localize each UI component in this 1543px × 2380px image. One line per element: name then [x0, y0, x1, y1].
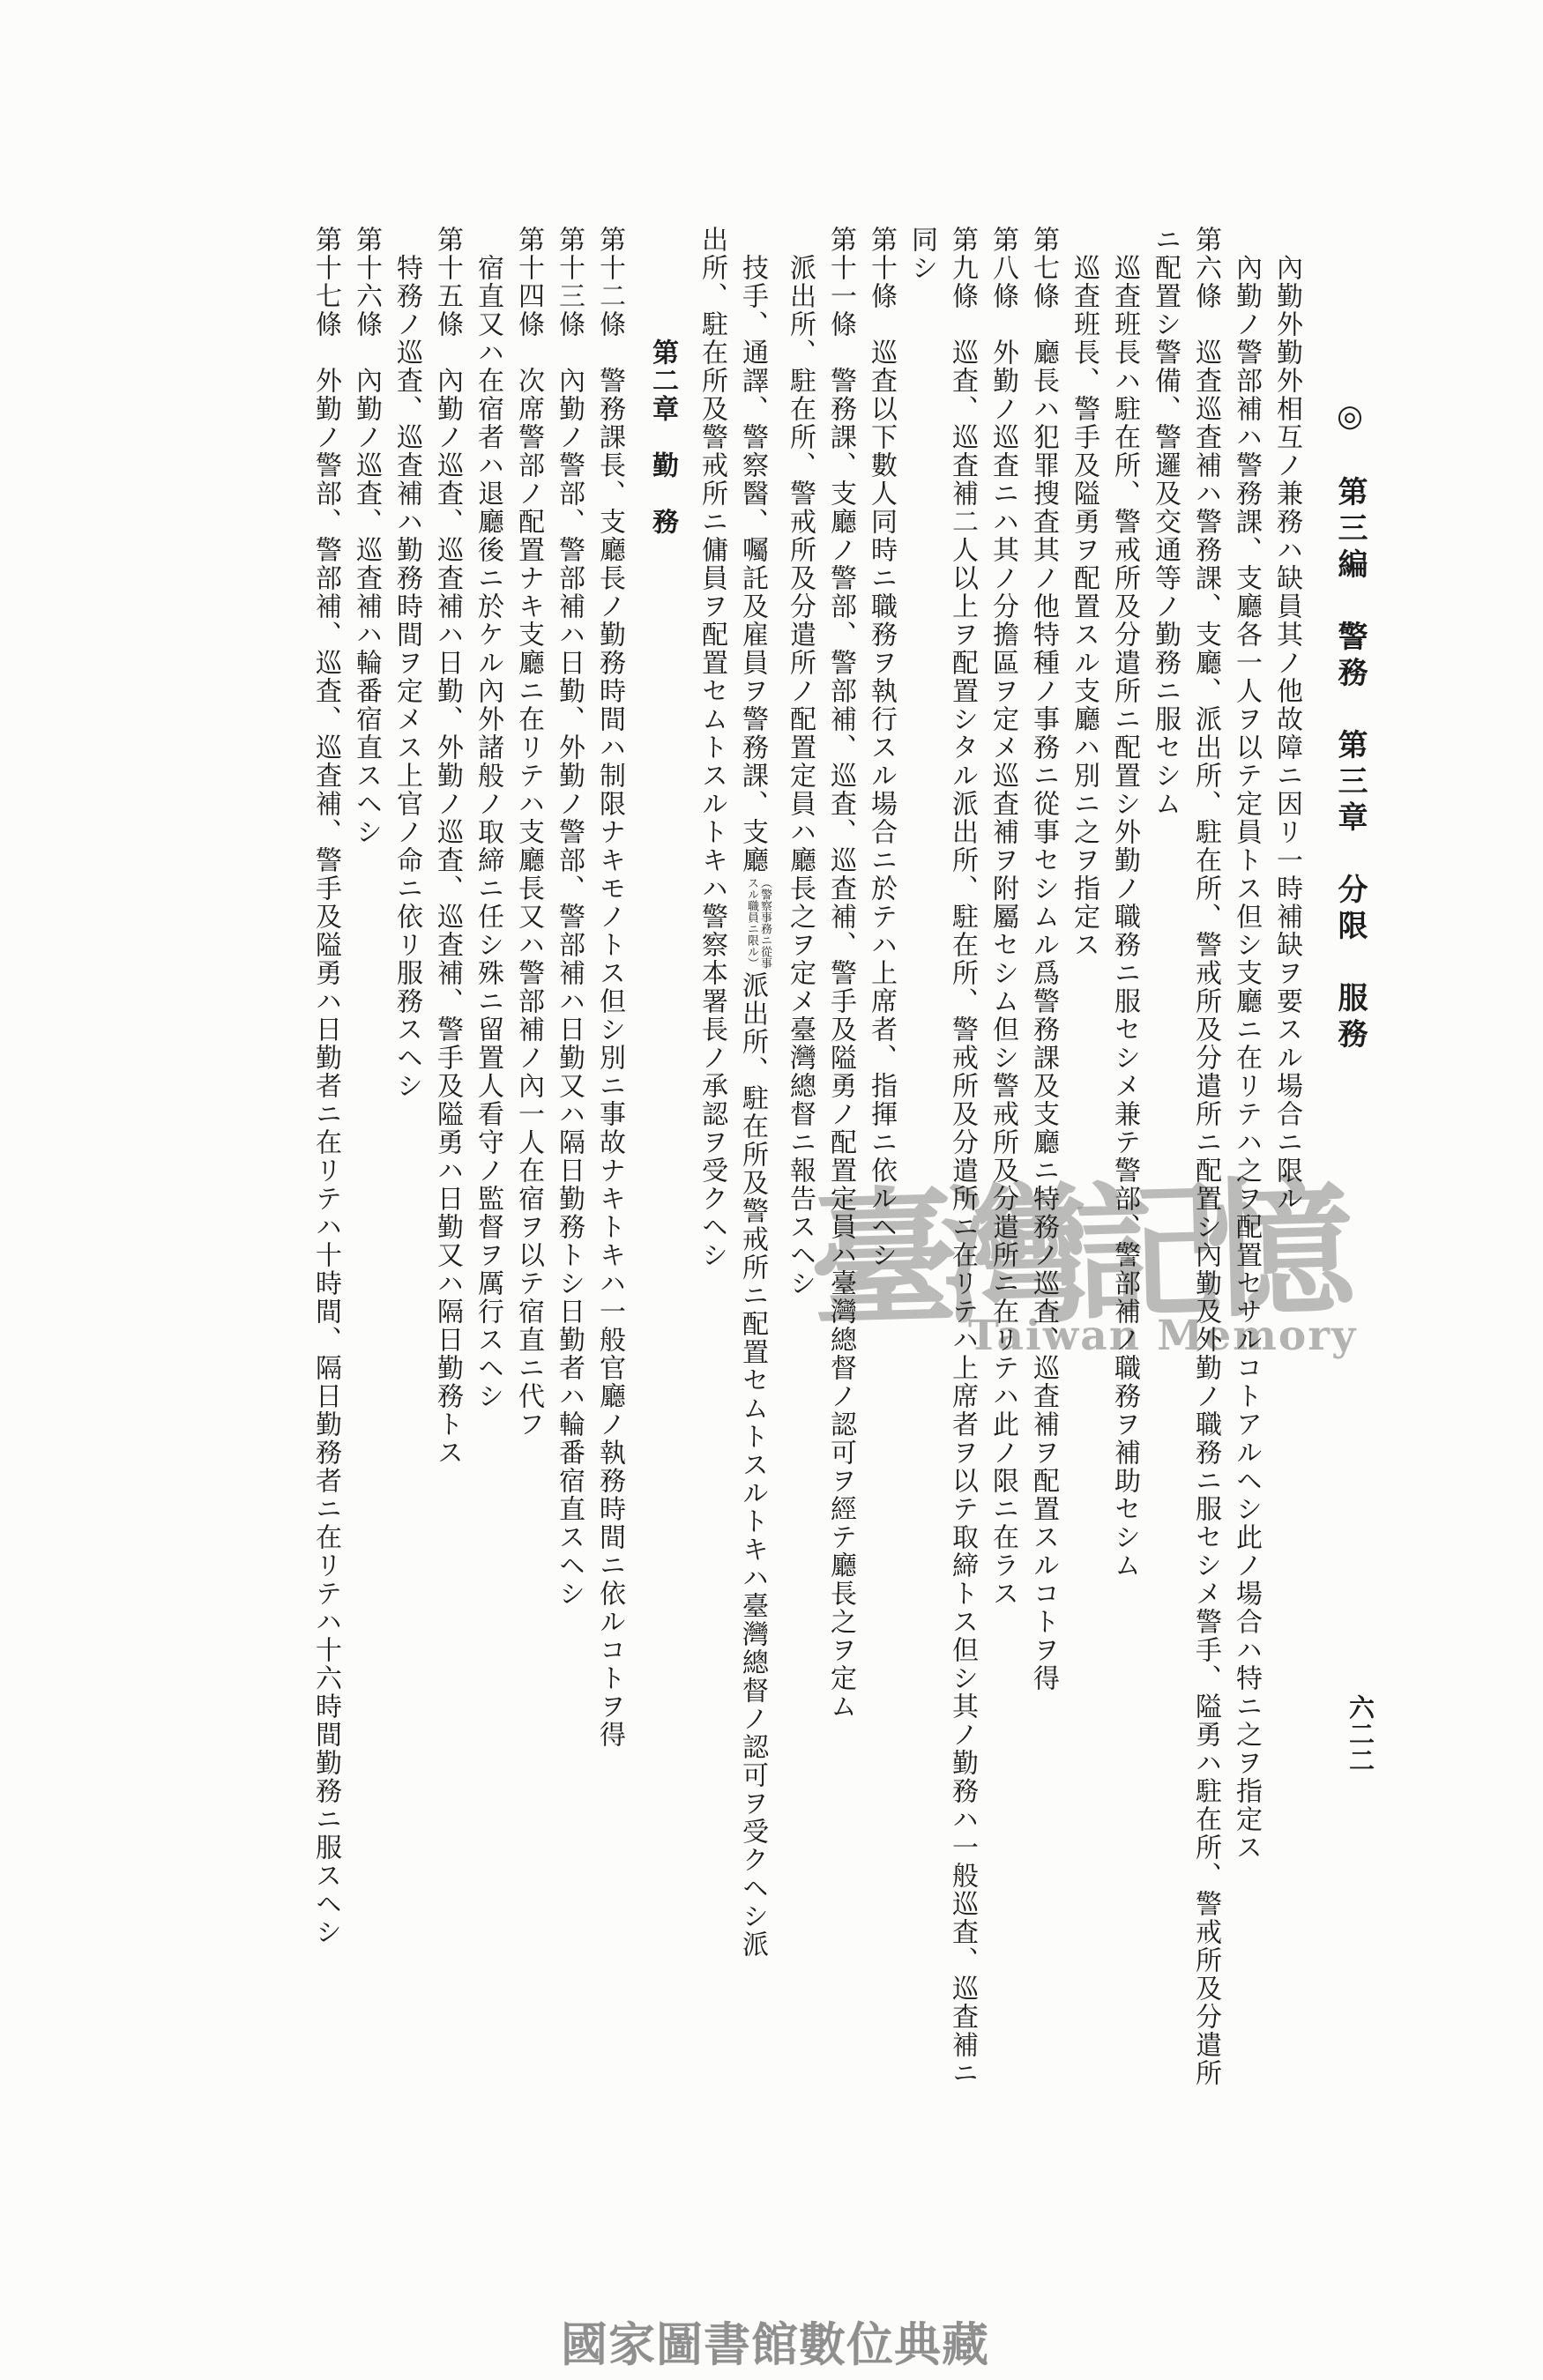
- text-column-12: 第十一條 警務課、支廳ノ警部、警部補、巡査、巡査補、警手及隘勇ノ配置定員ハ臺灣總…: [827, 226, 853, 2174]
- text-column-5: 巡査班長ハ駐在所、警戒所及分遣所ニ配置シ外勤ノ職務ニ服セシメ兼テ警部、警部補ノ職…: [1111, 226, 1137, 2174]
- page-header-title: ◎ 第三編 警務 第三章 分限 服務: [1328, 398, 1371, 1054]
- text-column-8: 第八條 外勤ノ巡査ニハ其ノ分擔區ヲ定メ巡査補ヲ附屬セシム但シ警戒所及分遣所ニ在リ…: [989, 226, 1016, 2174]
- text-column-9: 第九條 巡査、巡査補二人以上ヲ配置シタル派出所、駐在所、警戒所及分遣所ニ在リテハ…: [949, 226, 975, 2174]
- text-column-11: 第十條 巡査以下數人同時ニ職務ヲ執行スル場合ニ於テハ上席者、指揮ニ依ルヘシ: [868, 226, 894, 2174]
- text-column-3: 第六條 巡査巡査補ハ警務課、支廳、派出所、駐在所、警戒所及分遣所ニ配置シ內勤及外…: [1192, 226, 1219, 2174]
- text-column-17: 第十二條 警務課長、支廳長ノ勤務時間ハ制限ナキモノトス但シ別ニ事故ナキトキハ一般…: [596, 226, 622, 2174]
- text-column-7: 第七條 廳長ハ犯罪搜査其ノ他特種ノ事務ニ從事セシムル爲警務課及支廳ニ特務ノ巡査、…: [1030, 226, 1056, 2174]
- text-column-10: 同シ: [908, 226, 935, 2174]
- text-column-6: 巡査班長、警手及隘勇ヲ配置スル支廳ハ別ニ之ヲ指定ス: [1070, 226, 1097, 2174]
- text-column-22: 特務ノ巡査、巡査補ハ勤務時間ヲ定メス上官ノ命ニ依リ服務スヘシ: [393, 226, 420, 2174]
- page-number: 六二二: [1342, 1694, 1378, 1774]
- text-column-4: ニ配置シ警備、警邏及交通等ノ勤務ニ服セシム: [1152, 226, 1178, 2174]
- text-column-18: 第十三條 內勤ノ警部、警部補ハ日勤、外勤ノ警部、警部補ハ日勤又ハ隔日勤務トシ日勤…: [555, 226, 582, 2174]
- text-column-19: 第十四條 次席警部ノ配置ナキ支廳ニ在リテハ支廳長又ハ警部補ノ內一人在宿ヲ以テ宿直…: [515, 226, 541, 2174]
- text-column-15: 出所、駐在所及警戒所ニ傭員ヲ配置セムトスルトキハ警察本署長ノ承認ヲ受クヘシ: [698, 226, 725, 2174]
- text-column-23: 第十六條 內勤ノ巡査、巡査補ハ輪番宿直スヘシ: [353, 226, 379, 2174]
- text-column-2: 內勤ノ警部補ハ警務課、支廳各一人ヲ以テ定員トス但シ支廳ニ在リテハ之ヲ配置セサルコ…: [1233, 226, 1259, 2174]
- text-column-20: 宿直又ハ在宿者ハ退廳後ニ於ケル內外諸般ノ取締ニ任シ殊ニ留置人看守ノ監督ヲ厲行スヘ…: [474, 226, 501, 2174]
- text-column-14: 技手、通譯、警察醫、囑託及雇員ヲ警務課、支廳（警察事務ニ從事スル職員ニ限ル）派出…: [739, 226, 772, 2174]
- text-column-16: 第二章 勤 務: [649, 226, 675, 2174]
- text-column-13: 派出所、駐在所、警戒所及分遣所ノ配置定員ハ廳長之ヲ定メ臺灣總督ニ報告スヘシ: [786, 226, 813, 2174]
- text-column-1: 內勤外勤外相互ノ兼務ハ缺員其ノ他故障ニ因リ一時補缺ヲ要スル場合ニ限ル: [1273, 226, 1300, 2174]
- text-column-24: 第十七條 外勤ノ警部、警部補、巡査、巡査補、警手及隘勇ハ日勤者ニ在リテハ十時間、…: [312, 226, 339, 2174]
- library-caption: 國家圖書館數位典藏: [561, 2308, 989, 2375]
- document-body: 內勤外勤外相互ノ兼務ハ缺員其ノ他故障ニ因リ一時補缺ヲ要スル場合ニ限ル 內勤ノ警部…: [298, 226, 1300, 2174]
- inline-annotation: （警察事務ニ從事スル職員ニ限ル）: [746, 877, 772, 969]
- text-column-21: 第十五條 內勤ノ巡査、巡査補ハ日勤、外勤ノ巡査、巡査補、警手及隘勇ハ日勤又ハ隔日…: [434, 226, 460, 2174]
- scan-page: ◎ 第三編 警務 第三章 分限 服務 六二二 臺灣記憶 Taiwan Memor…: [0, 0, 1543, 2380]
